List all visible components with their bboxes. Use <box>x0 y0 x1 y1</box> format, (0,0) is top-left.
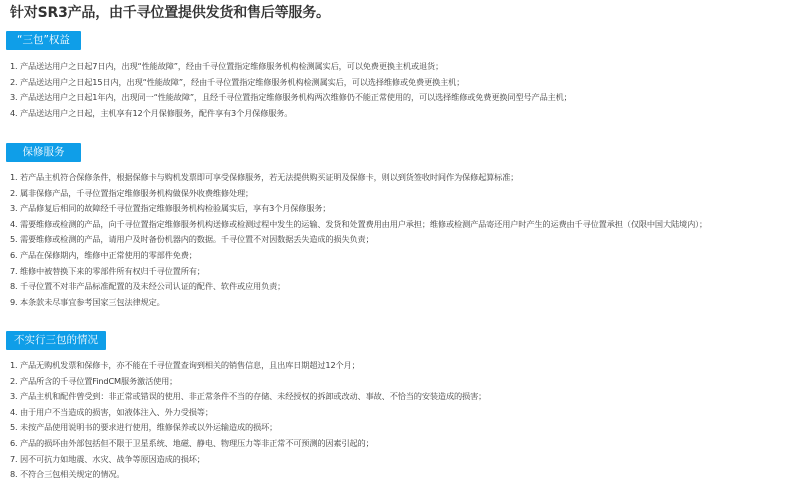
list-item: 4. 由于用户不当造成的损害，如液体注入、外力受损等； <box>10 405 486 421</box>
section-badge-warranty-service: 保修服务 <box>6 143 81 162</box>
list-item: 9. 本条款未尽事宜参考国家三包法律规定。 <box>10 295 707 311</box>
list-item: 2. 属非保修产品，千寻位置指定维修服务机构做保外收费维修处理； <box>10 186 707 202</box>
list-item: 8. 不符合三包相关规定的情况。 <box>10 467 486 483</box>
list-item: 2. 产品送达用户之日起15日内，出现“性能故障”，经由千寻位置指定维修服务机构… <box>10 75 572 91</box>
list-item: 5. 未按产品使用说明书的要求进行使用，维修保养或以外运输造成的损坏； <box>10 420 486 436</box>
list-item: 5. 需要维修或检测的产品，请用户及时备份机器内的数据。千寻位置不对因数据丢失造… <box>10 232 707 248</box>
list-item: 6. 产品在保修期内，维修中正常使用的零部件免费； <box>10 248 707 264</box>
sanbao-rights-list: 1. 产品送达用户之日起7日内，出现“性能故障”，经由千寻位置指定维修服务机构检… <box>10 59 572 121</box>
list-item: 7. 因不可抗力如地震、水灾、战争等原因造成的损坏； <box>10 452 486 468</box>
list-item: 6. 产品的损坏由外部包括但不限于卫星系统、地磁、静电、物理压力等非正常不可预测… <box>10 436 486 452</box>
list-item: 8. 千寻位置不对非产品标准配置的及未经公司认证的配件、软件或应用负责； <box>10 279 707 295</box>
section-badge-exclusions: 不实行三包的情况 <box>6 331 106 350</box>
section-badge-sanbao-rights: “三包”权益 <box>6 31 81 50</box>
list-item: 1. 产品送达用户之日起7日内，出现“性能故障”，经由千寻位置指定维修服务机构检… <box>10 59 572 75</box>
list-item: 3. 产品主机和配件曾受到：非正常或错误的使用、非正常条件不当的存储、未经授权的… <box>10 389 486 405</box>
list-item: 4. 产品送达用户之日起，主机享有12个月保修服务，配件享有3个月保修服务。 <box>10 106 572 122</box>
warranty-service-list: 1. 若产品主机符合保修条件，根据保修卡与购机发票即可享受保修服务，若无法提供购… <box>10 170 707 310</box>
list-item: 3. 产品送达用户之日起1年内，出现同一“性能故障”，且经千寻位置指定维修服务机… <box>10 90 572 106</box>
list-item: 3. 产品修复后相同的故障经千寻位置指定维修服务机构检验属实后，享有3个月保修服… <box>10 201 707 217</box>
list-item: 7. 维修中被替换下来的零部件所有权归千寻位置所有； <box>10 264 707 280</box>
list-item: 2. 产品所含的千寻位置FindCM服务激活使用； <box>10 374 486 390</box>
list-item: 1. 若产品主机符合保修条件，根据保修卡与购机发票即可享受保修服务，若无法提供购… <box>10 170 707 186</box>
exclusions-list: 1. 产品无购机发票和保修卡，亦不能在千寻位置查询到相关的销售信息，且出库日期超… <box>10 358 486 483</box>
list-item: 4. 需要维修或检测的产品，向千寻位置指定维修服务机构送修或检测过程中发生的运输… <box>10 217 707 233</box>
page-title: 针对SR3产品，由千寻位置提供发货和售后等服务。 <box>10 3 330 23</box>
list-item: 1. 产品无购机发票和保修卡，亦不能在千寻位置查询到相关的销售信息，且出库日期超… <box>10 358 486 374</box>
